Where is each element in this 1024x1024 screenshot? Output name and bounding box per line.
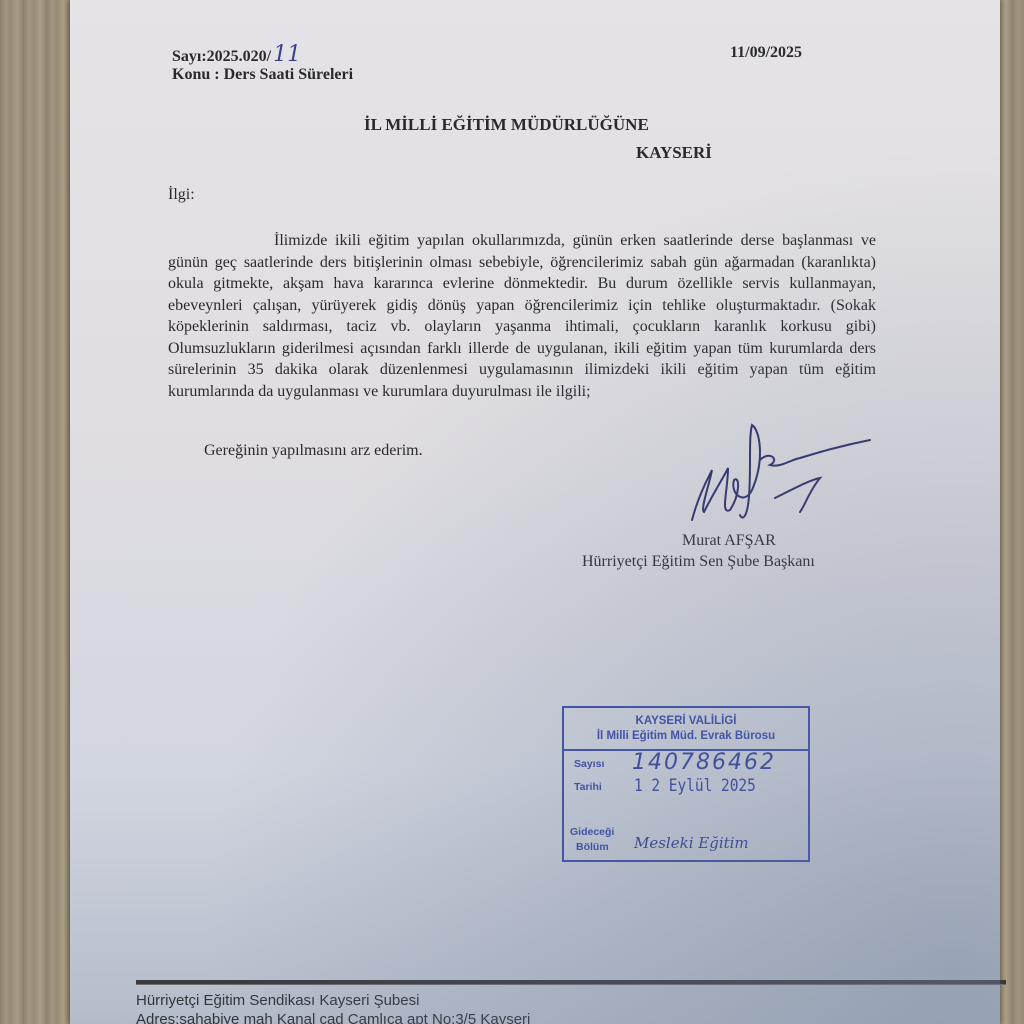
registry-stamp: KAYSERİ VALİLİGİ İl Milli Eğitim Müd. Ev… <box>562 706 810 862</box>
subject-line: Konu : Ders Saati Süreleri <box>172 66 353 84</box>
letter-date: 11/09/2025 <box>730 44 802 62</box>
stamp-dest-value: Mesleki Eğitim <box>634 834 749 852</box>
signature <box>670 420 880 530</box>
stamp-title: KAYSERİ VALİLİGİ <box>564 714 808 729</box>
stamp-dest-label: Gideceği <box>570 826 614 838</box>
addressee: İL MİLLİ EĞİTİM MÜDÜRLÜĞÜNE <box>364 115 649 135</box>
stamp-header: KAYSERİ VALİLİGİ İl Milli Eğitim Müd. Ev… <box>564 708 808 751</box>
addressee-city: KAYSERİ <box>636 143 712 163</box>
signer-title: Hürriyetçi Eğitim Sen Şube Başkanı <box>582 553 815 571</box>
stamp-dest-label-2: Bölüm <box>576 841 609 853</box>
footer-organization: Hürriyetçi Eğitim Sendikası Kayseri Şube… <box>136 992 419 1009</box>
closing-line: Gereğinin yapılmasını arz ederim. <box>204 442 423 460</box>
footer-divider <box>136 980 1006 985</box>
stamp-number-value: 140786462 <box>632 750 776 775</box>
footer-address: Adres:sahabiye mah Kanal cad Camlıca apt… <box>136 1011 530 1024</box>
stamp-subtitle: İl Milli Eğitim Müd. Evrak Bürosu <box>564 729 808 744</box>
stamp-date-value: 1 2 Eylül 2025 <box>634 776 756 796</box>
handwritten-number: 11 <box>273 42 301 67</box>
signer-name: Murat AFŞAR <box>682 532 776 550</box>
stamp-number-label: Sayısı <box>574 758 604 770</box>
reference-label: İlgi: <box>168 186 195 204</box>
letter-body: İlimizde ikili eğitim yapılan okullarımı… <box>168 230 876 402</box>
reference-number-label: Sayı:2025.020/ <box>172 48 271 65</box>
reference-number: Sayı:2025.020/11 <box>172 42 301 67</box>
letter-page: Sayı:2025.020/11 Konu : Ders Saati Sürel… <box>70 0 1000 1024</box>
stamp-date-label: Tarihi <box>574 781 602 793</box>
